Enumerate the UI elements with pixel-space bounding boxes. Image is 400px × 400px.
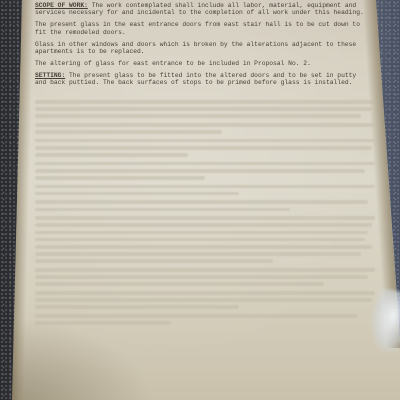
spec-paragraph: Glass in other windows and doors which i… [35,41,370,55]
faded-text-line [35,223,372,227]
faded-text-line [35,162,375,166]
faded-text-line [35,259,273,263]
faded-text-line [35,100,375,104]
faded-text-line [35,216,375,220]
faded-text-line [35,298,372,302]
faded-text-line [35,139,375,143]
paragraph-text: The altering of glass for east entrance … [35,60,311,67]
paragraph-text: Glass in other windows and doors which i… [35,41,356,55]
spec-paragraph: SCOPE OF WORK: The work contemplated sha… [35,2,370,16]
faded-text-line [35,130,222,134]
faded-text-line [35,305,239,309]
faded-text-line [35,314,358,318]
faded-paragraph [35,268,375,286]
section-heading: SCOPE OF WORK: [35,2,88,9]
faded-text-line [35,252,361,256]
faded-text-line [35,268,375,272]
faded-paragraph [35,162,375,180]
spec-paragraph: The present glass in the east entrance d… [35,21,370,35]
typed-text-block: SCOPE OF WORK: The work contemplated sha… [35,2,370,91]
faded-text-line [35,208,290,212]
faded-text-line [35,231,368,235]
faded-paragraph [35,123,375,134]
faded-text-line [35,245,372,249]
faded-text-line [35,123,375,127]
faded-paragraph [35,216,375,263]
faded-paragraph [35,314,375,325]
paper-left-edge-shading [12,0,34,400]
paragraph-text: The present glass in the east entrance d… [35,21,360,35]
faded-text-line [35,107,372,111]
faded-text-line [35,282,324,286]
faded-paragraph [35,185,375,196]
faded-text-line [35,192,239,196]
faded-text-line [35,153,188,157]
faded-text-line [35,114,361,118]
faded-text-line [35,200,368,204]
faded-text-block [35,100,375,330]
faded-text-line [35,185,375,189]
faded-paragraph [35,139,375,157]
photo-background: SCOPE OF WORK: The work contemplated sha… [0,0,400,400]
spec-paragraph: SETTING: The present glass to be fitted … [35,72,370,86]
faded-paragraph [35,291,375,309]
document-page: SCOPE OF WORK: The work contemplated sha… [0,0,400,400]
faded-text-line [35,291,375,295]
faded-text-line [35,238,365,242]
spec-paragraph: The altering of glass for east entrance … [35,60,370,67]
section-heading: SETTING: [35,72,65,79]
faded-text-line [35,169,365,173]
faded-text-line [35,146,372,150]
faded-text-line [35,321,171,325]
faded-text-line [35,275,368,279]
paragraph-text: The present glass to be fitted into the … [35,72,356,86]
faded-text-line [35,176,205,180]
faded-paragraph [35,100,375,118]
faded-paragraph [35,200,375,211]
